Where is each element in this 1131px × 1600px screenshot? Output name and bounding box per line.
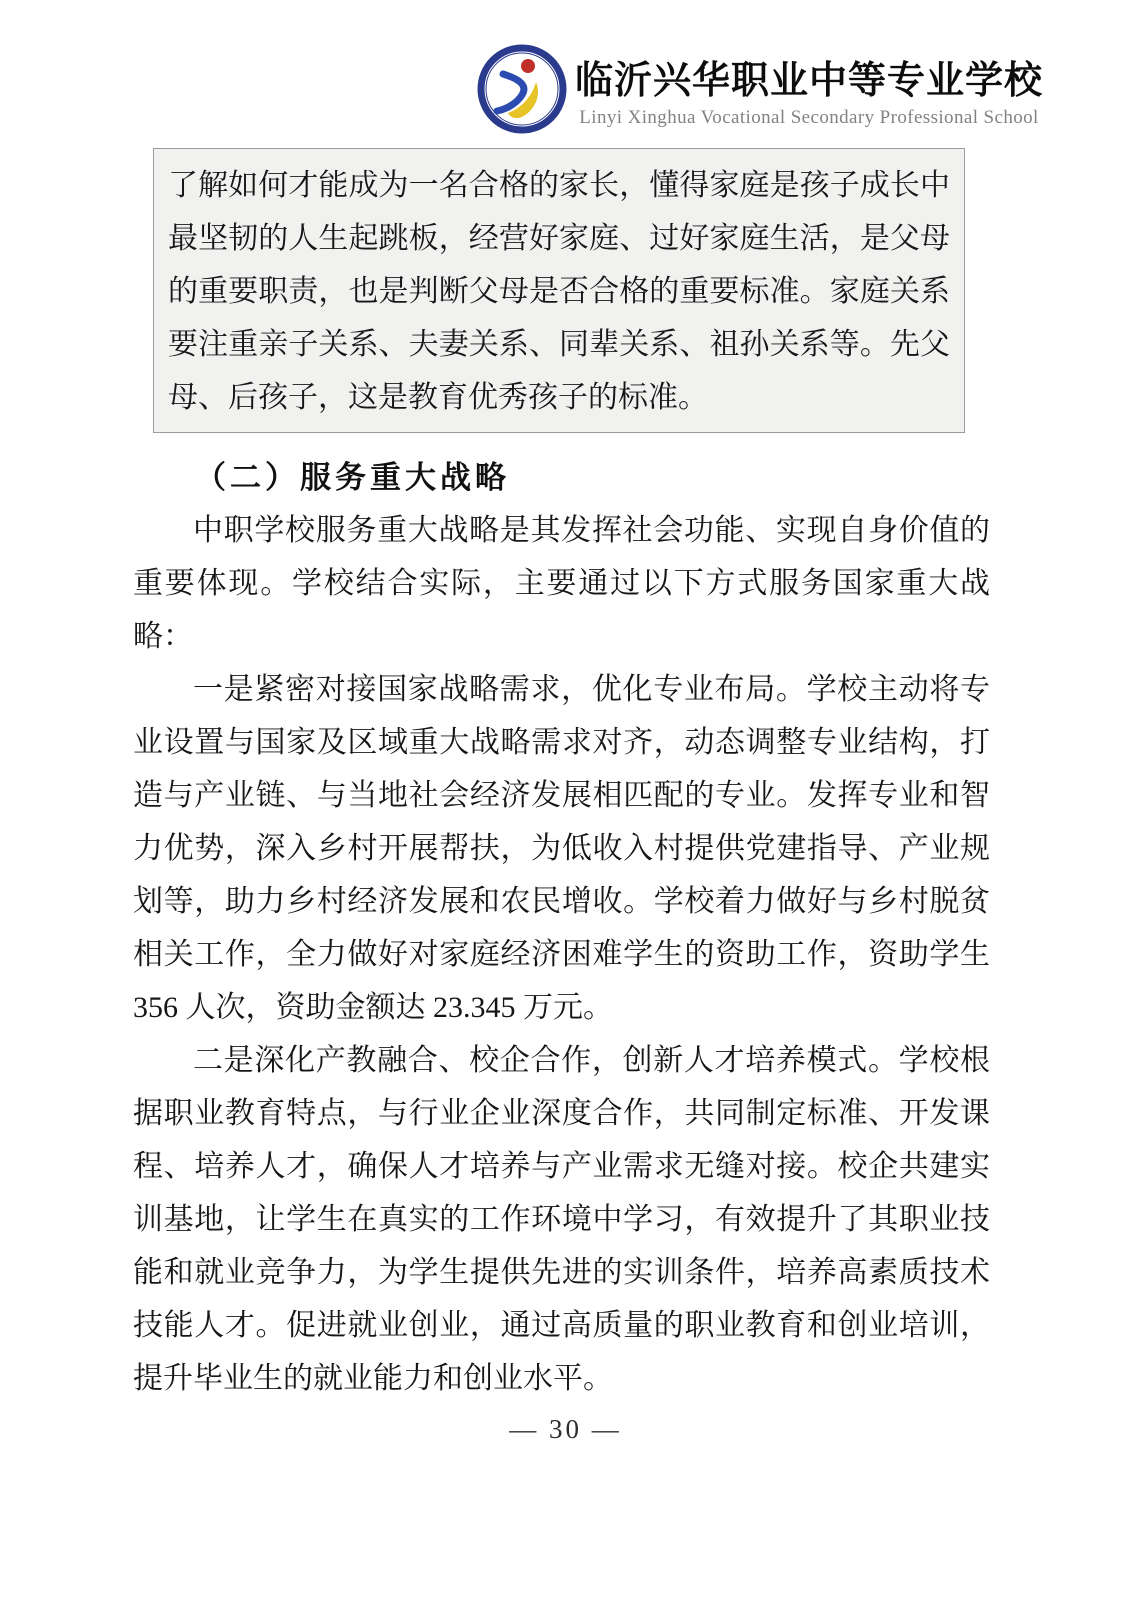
section-heading: （二）服务重大战略 bbox=[133, 451, 990, 504]
paragraph-strategy-2: 二是深化产教融合、校企合作，创新人才培养模式。学校根据职业教育特点，与行业企业深… bbox=[133, 1034, 990, 1405]
page-number: — 30 — bbox=[0, 1414, 1131, 1445]
document-body: 了解如何才能成为一名合格的家长，懂得家庭是孩子成长中最坚韧的人生起跳板，经营好家… bbox=[0, 148, 1131, 1405]
document-page: { "header": { "school_name_zh": "临沂兴华职业中… bbox=[0, 0, 1131, 1600]
paragraph-strategy-1: 一是紧密对接国家战略需求，优化专业布局。学校主动将专业设置与国家及区域重大战略需… bbox=[133, 663, 990, 1034]
school-name-en: Linyi Xinghua Vocational Secondary Profe… bbox=[579, 107, 1038, 129]
paragraph-intro: 中职学校服务重大战略是其发挥社会功能、实现自身价值的重要体现。学校结合实际，主要… bbox=[133, 504, 990, 663]
school-name-zh: 临沂兴华职业中等专业学校 bbox=[575, 49, 1043, 104]
quote-box: 了解如何才能成为一名合格的家长，懂得家庭是孩子成长中最坚韧的人生起跳板，经营好家… bbox=[153, 148, 965, 433]
school-name-block: 临沂兴华职业中等专业学校 Linyi Xinghua Vocational Se… bbox=[575, 49, 1043, 129]
school-logo bbox=[477, 44, 567, 134]
school-logo-icon bbox=[477, 44, 567, 134]
school-header: 临沂兴华职业中等专业学校 Linyi Xinghua Vocational Se… bbox=[0, 0, 1131, 134]
